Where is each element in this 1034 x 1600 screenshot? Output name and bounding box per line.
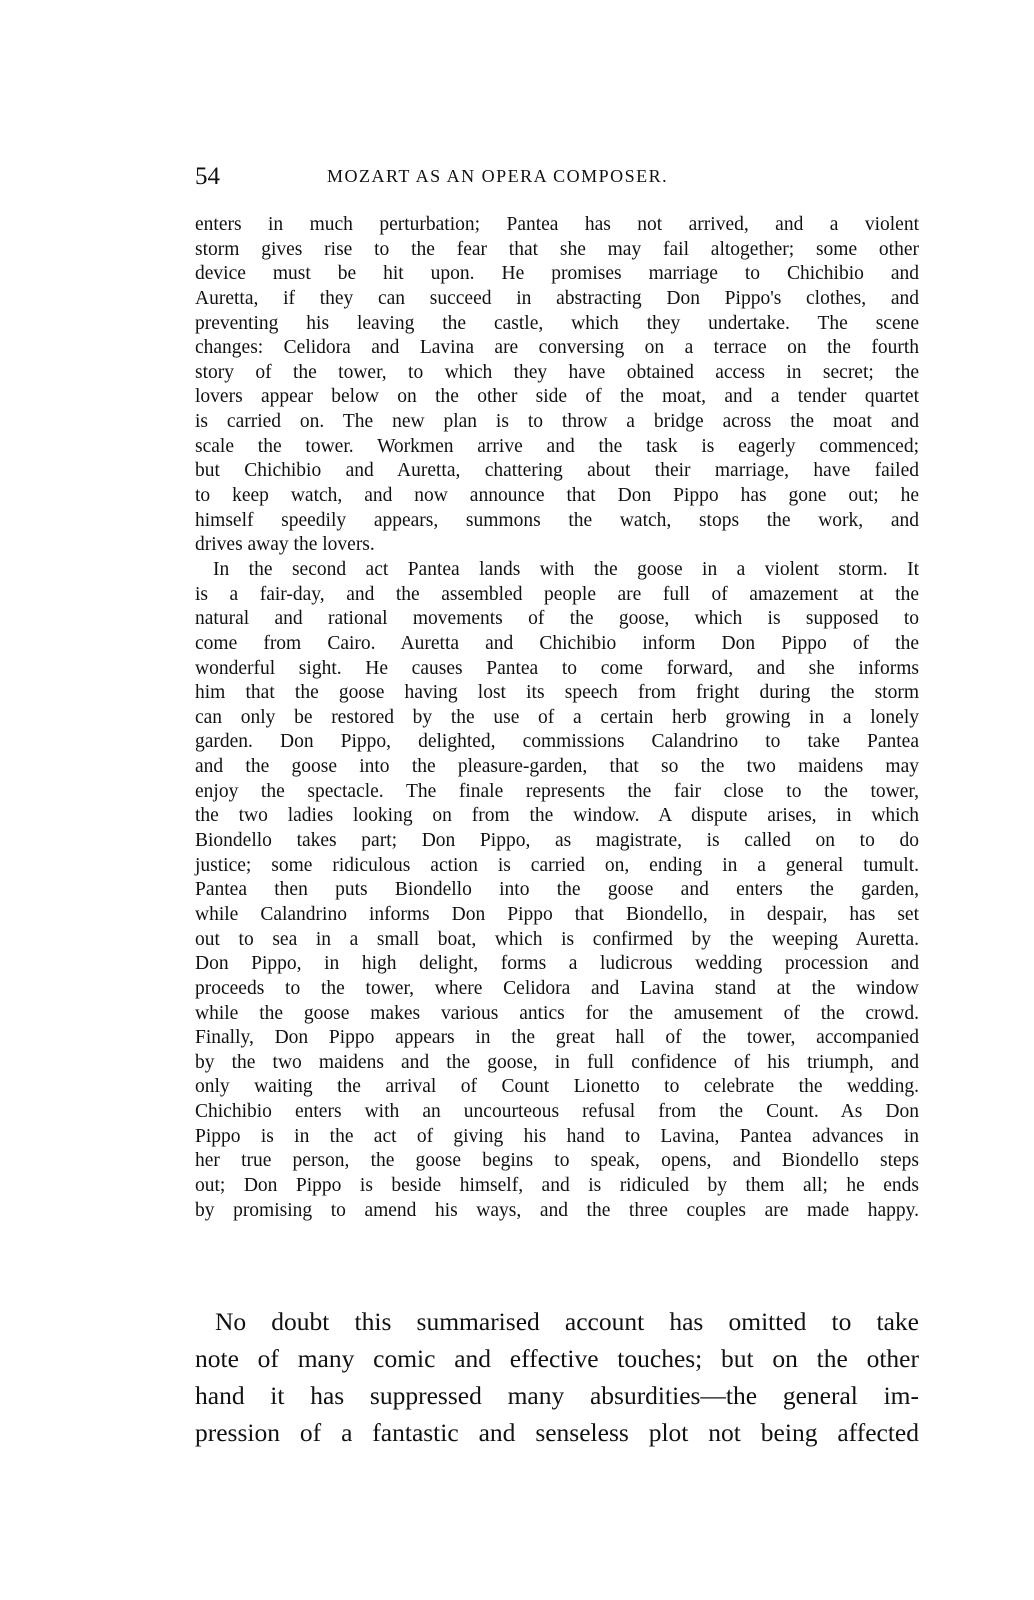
text-line: come from Cairo. Auretta and Chichibio i…: [195, 632, 919, 657]
text-line: can only be restored by the use of a cer…: [195, 706, 919, 731]
text-line: Don Pippo, in high delight, forms a ludi…: [195, 952, 919, 977]
text-line: garden. Don Pippo, delighted, commission…: [195, 730, 919, 755]
text-line: preventing his leaving the castle, which…: [195, 312, 919, 337]
page-header: 54 MOZART AS AN OPERA COMPOSER.: [195, 163, 925, 193]
text-line: only waiting the arrival of Count Lionet…: [195, 1075, 919, 1100]
text-line: No doubt this summarised account has omi…: [195, 1303, 919, 1340]
text-line: Pantea then puts Biondello into the goos…: [195, 878, 919, 903]
text-line: but Chichibio and Auretta, chattering ab…: [195, 459, 919, 484]
text-line: Chichibio enters with an uncourteous ref…: [195, 1100, 919, 1125]
text-line: Finally, Don Pippo appears in the great …: [195, 1026, 919, 1051]
text-line: the two ladies looking on from the windo…: [195, 804, 919, 829]
running-head: MOZART AS AN OPERA COMPOSER.: [327, 166, 668, 187]
text-line: Pippo is in the act of giving his hand t…: [195, 1125, 919, 1150]
text-line: proceeds to the tower, where Celidora an…: [195, 977, 919, 1002]
text-line: out; Don Pippo is beside himself, and is…: [195, 1174, 919, 1199]
text-line: Auretta, if they can succeed in abstract…: [195, 287, 919, 312]
text-line: scale the tower. Workmen arrive and the …: [195, 435, 919, 460]
page-number: 54: [195, 163, 220, 191]
text-line: story of the tower, to which they have o…: [195, 361, 919, 386]
text-line: storm gives rise to the fear that she ma…: [195, 238, 919, 263]
paragraph-3: No doubt this summarised account has omi…: [195, 1303, 919, 1451]
paragraph-1: enters in much perturbation; Pantea has …: [195, 213, 919, 558]
text-line: natural and rational movements of the go…: [195, 607, 919, 632]
text-line: her true person, the goose begins to spe…: [195, 1149, 919, 1174]
commentary-text: No doubt this summarised account has omi…: [195, 1303, 919, 1451]
text-line: justice; some ridiculous action is carri…: [195, 854, 919, 879]
text-line: enjoy the spectacle. The finale represen…: [195, 780, 919, 805]
text-line: out to sea in a small boat, which is con…: [195, 928, 919, 953]
text-line: is carried on. The new plan is to throw …: [195, 410, 919, 435]
text-line: to keep watch, and now announce that Don…: [195, 484, 919, 509]
text-line: enters in much perturbation; Pantea has …: [195, 213, 919, 238]
text-line: while Calandrino informs Don Pippo that …: [195, 903, 919, 928]
text-line: and the goose into the pleasure-garden, …: [195, 755, 919, 780]
text-line: drives away the lovers.: [195, 533, 919, 558]
text-line: is a fair-day, and the assembled people …: [195, 583, 919, 608]
text-line: wonderful sight. He causes Pantea to com…: [195, 657, 919, 682]
text-line: while the goose makes various antics for…: [195, 1002, 919, 1027]
text-line: In the second act Pantea lands with the …: [195, 558, 919, 583]
text-line: lovers appear below on the other side of…: [195, 385, 919, 410]
text-line: by the two maidens and the goose, in ful…: [195, 1051, 919, 1076]
text-line: him that the goose having lost its speec…: [195, 681, 919, 706]
paragraph-2: In the second act Pantea lands with the …: [195, 558, 919, 1223]
text-line: himself speedily appears, summons the wa…: [195, 509, 919, 534]
text-line: Biondello takes part; Don Pippo, as magi…: [195, 829, 919, 854]
text-line: pression of a fantastic and senseless pl…: [195, 1414, 919, 1451]
text-line: device must be hit upon. He promises mar…: [195, 262, 919, 287]
book-page: 54 MOZART AS AN OPERA COMPOSER. enters i…: [0, 0, 1034, 1600]
text-line: hand it has suppressed many absurdities—…: [195, 1377, 919, 1414]
text-line: note of many comic and effective touches…: [195, 1340, 919, 1377]
synopsis-text: enters in much perturbation; Pantea has …: [195, 213, 919, 1223]
text-line: by promising to amend his ways, and the …: [195, 1199, 919, 1224]
text-line: changes: Celidora and Lavina are convers…: [195, 336, 919, 361]
